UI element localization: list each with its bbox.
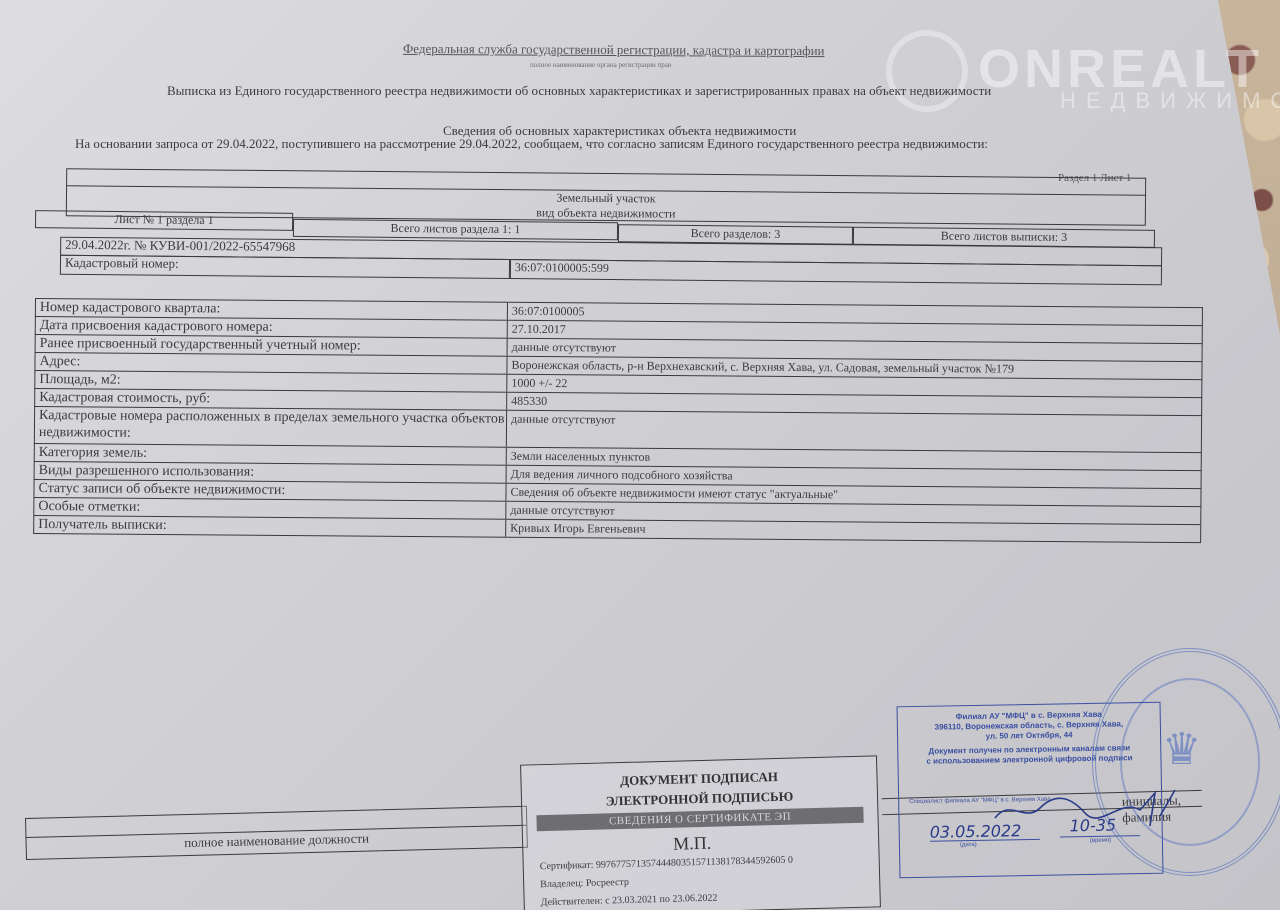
electronic-signature-block: ДОКУМЕНТ ПОДПИСАН ЭЛЕКТРОННОЙ ПОДПИСЬЮ С… <box>520 755 881 910</box>
round-seal: ♛ <box>1092 648 1280 876</box>
detail-label: Получатель выписки: <box>34 516 506 537</box>
seal-mark: М.П. <box>673 833 712 855</box>
handwritten-signature <box>990 788 1180 828</box>
certificate-validity: Действителен: с 23.03.2021 по 23.06.2022 <box>541 893 718 909</box>
basis-text: На основании запроса от 29.04.2022, пост… <box>75 136 988 152</box>
time-caption: (время) <box>1090 838 1111 844</box>
coat-of-arms-icon: ♛ <box>1162 724 1201 775</box>
details-table: Номер кадастрового квартала:36:07:010000… <box>33 298 1203 543</box>
certificate-number: Сертификат: 9976775713574448035157113817… <box>540 855 794 873</box>
detail-value: данные отсутствуют <box>507 411 1201 452</box>
document-title: Выписка из Единого государственного реес… <box>167 83 991 99</box>
house-logo-icon <box>886 30 968 112</box>
sheet-number: Лист № 1 раздела 1 <box>35 210 293 231</box>
cadastral-label: Кадастровый номер: <box>60 255 510 279</box>
certificate-owner: Владелец: Росреестр <box>540 877 629 890</box>
agency-name: Федеральная служба государственной регис… <box>403 41 825 59</box>
watermark-subtitle: НЕДВИЖИМОСТИ <box>1060 88 1280 114</box>
agency-caption: полное наименование органа регистрации п… <box>530 61 671 69</box>
sheets-in-section: Всего листов раздела 1: 1 <box>293 219 618 240</box>
date-caption: (дата) <box>960 842 977 848</box>
esig-certificate-band: СВЕДЕНИЯ О СЕРТИФИКАТЕ ЭП <box>536 807 863 832</box>
detail-label: Кадастровые номера расположенных в преде… <box>35 407 507 447</box>
